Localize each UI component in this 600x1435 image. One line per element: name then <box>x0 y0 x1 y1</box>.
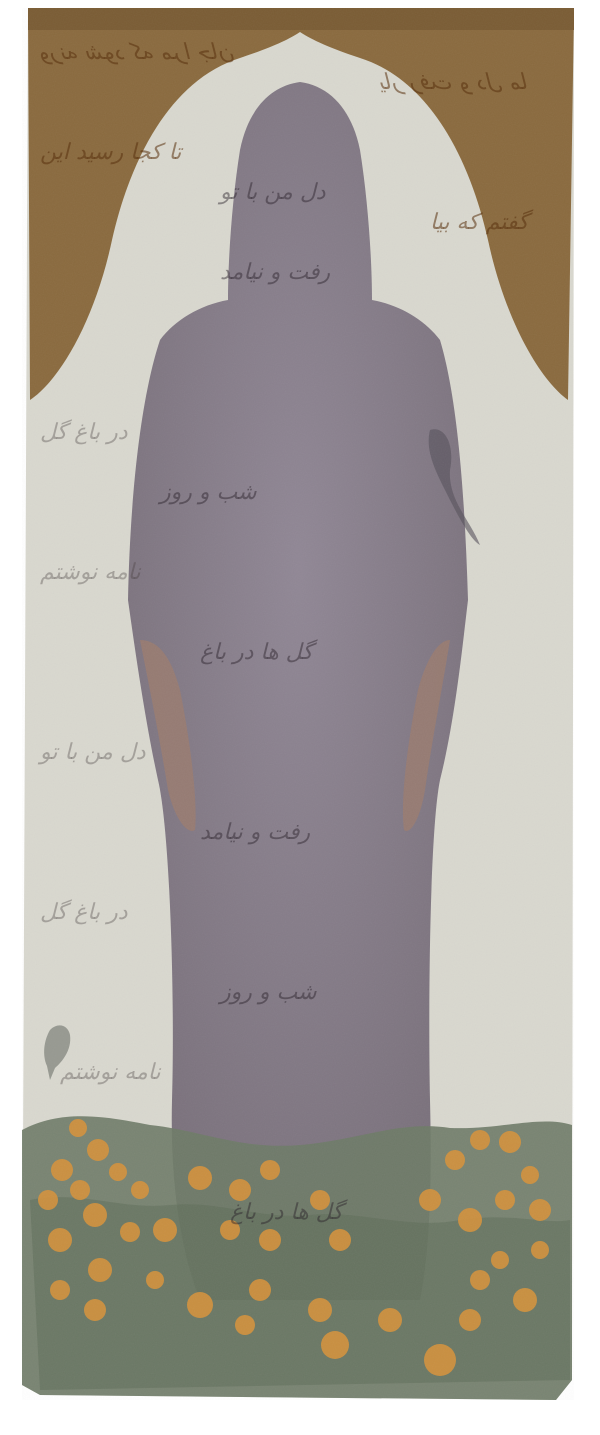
cloth-grain <box>22 8 574 1400</box>
artwork-canvas <box>0 0 600 1435</box>
